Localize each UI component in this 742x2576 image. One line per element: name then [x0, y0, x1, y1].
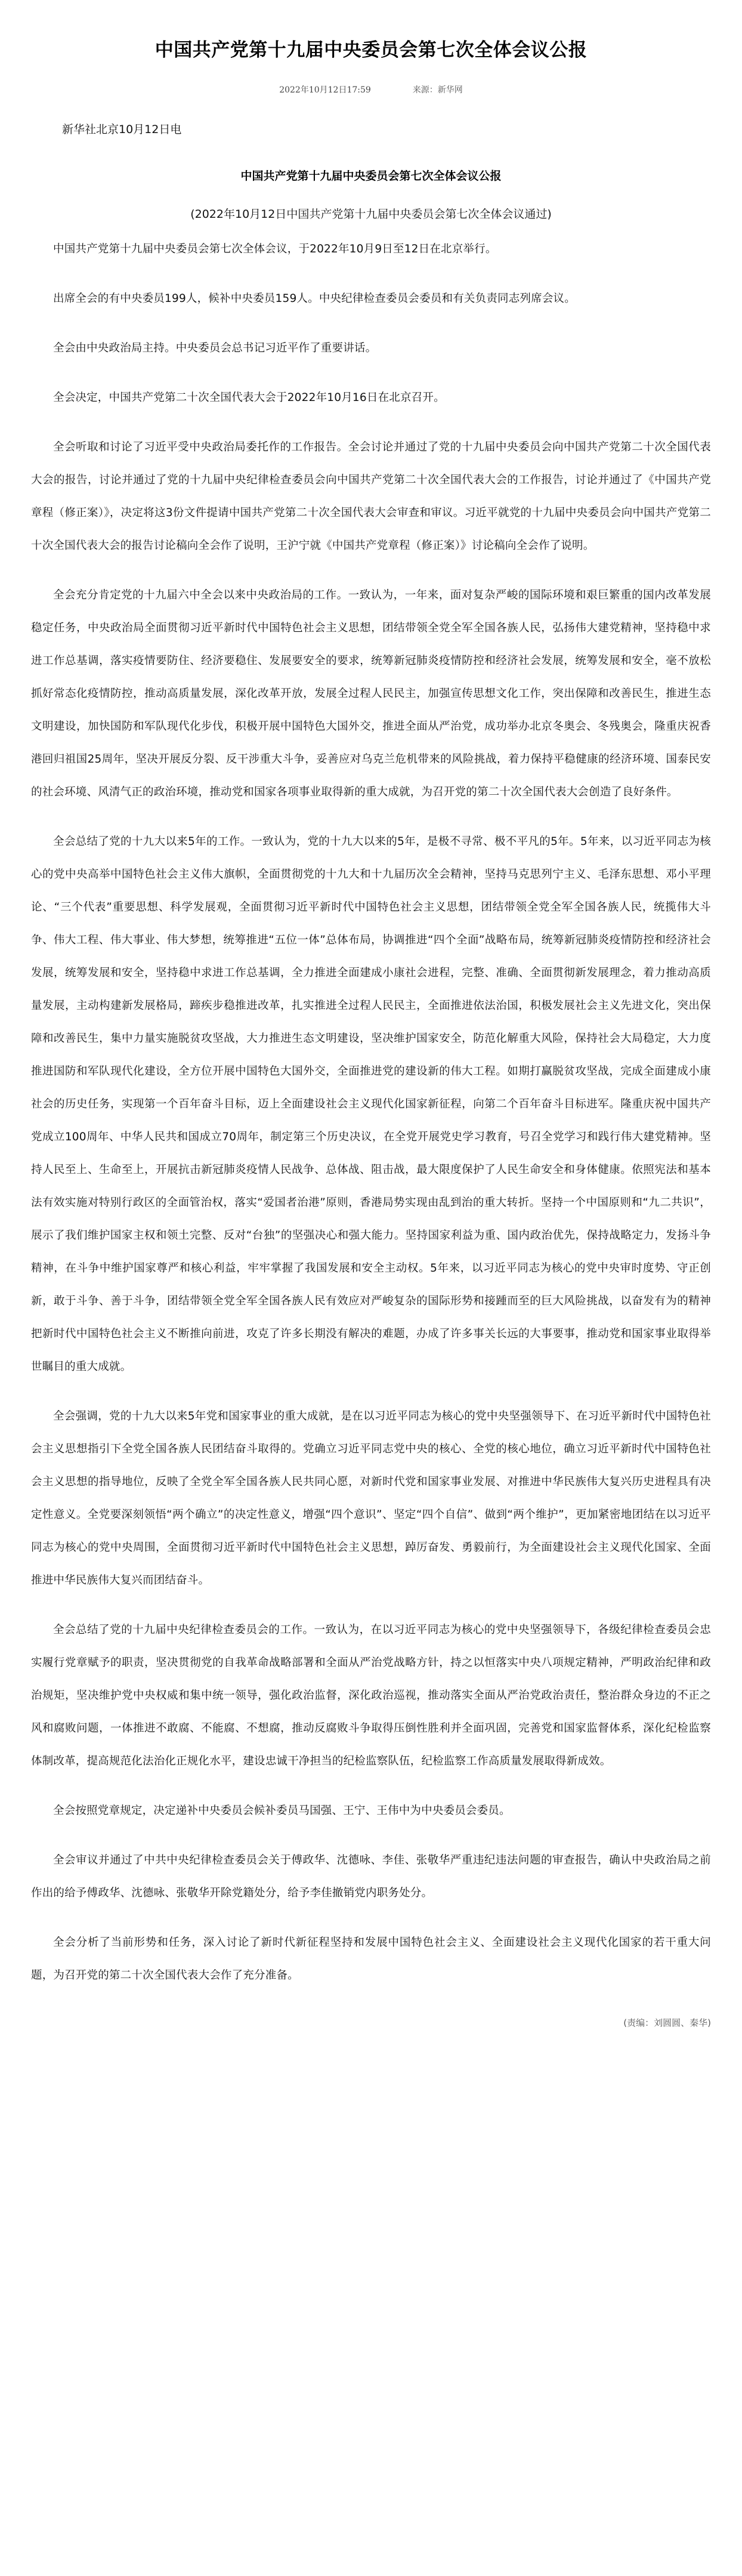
source-label: 来源： — [413, 85, 438, 95]
body-paragraph: 全会总结了党的十九大以来5年的工作。一致认为，党的十九大以来的5年，是极不寻常、… — [31, 825, 711, 1383]
body-paragraph: 全会按照党章规定，决定递补中央委员会候补委员马国强、王宁、王伟中为中央委员会委员… — [31, 1794, 711, 1827]
article-page: 中国共产党第十九届中央委员会第七次全体会议公报 2022年10月12日17:59… — [0, 0, 742, 2030]
article-body: 中国共产党第十九届中央委员会第七次全体会议，于2022年10月9日至12日在北京… — [31, 233, 711, 1992]
article-title: 中国共产党第十九届中央委员会第七次全体会议公报 — [31, 0, 711, 63]
communique-subtitle: 中国共产党第十九届中央委员会第七次全体会议公报 — [31, 167, 711, 185]
body-paragraph: 全会分析了当前形势和任务，深入讨论了新时代新征程坚持和发展中国特色社会主义、全面… — [31, 1926, 711, 1992]
editor-credit: (责编：刘圆圆、秦华) — [31, 2016, 711, 2030]
body-paragraph: 中国共产党第十九届中央委员会第七次全体会议，于2022年10月9日至12日在北京… — [31, 233, 711, 266]
body-paragraph: 全会总结了党的十九届中央纪律检查委员会的工作。一致认为，在以习近平同志为核心的党… — [31, 1614, 711, 1778]
body-paragraph: 出席全会的有中央委员199人，候补中央委员159人。中央纪律检查委员会委员和有关… — [31, 282, 711, 315]
body-paragraph: 全会充分肯定党的十九届六中全会以来中央政治局的工作。一致认为，一年来，面对复杂严… — [31, 579, 711, 809]
body-paragraph: 全会听取和讨论了习近平受中央政治局委托作的工作报告。全会讨论并通过了党的十九届中… — [31, 431, 711, 562]
source-name-link[interactable]: 新华网 — [438, 85, 463, 95]
body-paragraph: 全会由中央政治局主持。中央委员会总书记习近平作了重要讲话。 — [31, 332, 711, 365]
adopted-note: (2022年10月12日中国共产党第十九届中央委员会第七次全体会议通过) — [31, 205, 711, 223]
article-meta: 2022年10月12日17:59来源：新华网 — [31, 84, 711, 97]
dateline: 新华社北京10月12日电 — [31, 121, 711, 138]
body-paragraph: 全会审议并通过了中共中央纪律检查委员会关于傅政华、沈德咏、李佳、张敬华严重违纪违… — [31, 1844, 711, 1909]
body-paragraph: 全会决定，中国共产党第二十次全国代表大会于2022年10月16日在北京召开。 — [31, 381, 711, 414]
publish-datetime: 2022年10月12日17:59 — [279, 85, 371, 95]
body-paragraph: 全会强调，党的十九大以来5年党和国家事业的重大成就，是在以习近平同志为核心的党中… — [31, 1400, 711, 1597]
